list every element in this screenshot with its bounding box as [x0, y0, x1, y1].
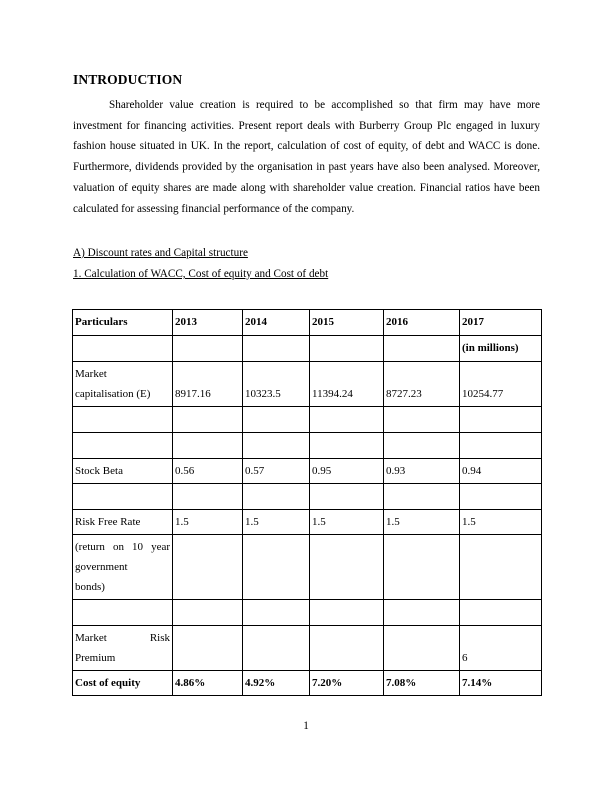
table-row-stock-beta: Stock Beta 0.56 0.57 0.95 0.93 0.94	[73, 459, 542, 484]
table-cell: 11394.24	[310, 362, 384, 407]
table-cell	[310, 336, 384, 362]
header-cell: 2016	[384, 310, 460, 336]
header-cell: 2013	[173, 310, 243, 336]
table-row-risk-free-note: (return on 10 year government bonds)	[73, 535, 542, 600]
table-cell: 1.5	[384, 510, 460, 535]
table-cell: 10323.5	[243, 362, 310, 407]
table-row-units: (in millions)	[73, 336, 542, 362]
table-cell: 7.08%	[384, 671, 460, 696]
table-cell: 1.5	[173, 510, 243, 535]
cost-of-equity-table: Particulars 2013 2014 2015 2016 2017 (in…	[72, 309, 542, 696]
table-cell	[73, 336, 173, 362]
table-row-empty	[73, 484, 542, 510]
row-label: Cost of equity	[73, 671, 173, 696]
subheading-discount-rates: A) Discount rates and Capital structure	[73, 247, 248, 259]
table-cell: 7.14%	[460, 671, 542, 696]
row-label: (return on 10 year government bonds)	[73, 535, 173, 600]
section-heading-introduction: INTRODUCTION	[73, 72, 182, 88]
table-row-risk-free: Risk Free Rate 1.5 1.5 1.5 1.5 1.5	[73, 510, 542, 535]
row-label: MarketRisk Premium	[73, 626, 173, 671]
table-header-row: Particulars 2013 2014 2015 2016 2017	[73, 310, 542, 336]
subheading-wacc-calculation: 1. Calculation of WACC, Cost of equity a…	[73, 268, 328, 280]
table-cell: 7.20%	[310, 671, 384, 696]
table-row-empty	[73, 600, 542, 626]
header-cell: 2014	[243, 310, 310, 336]
intro-paragraph: Shareholder value creation is required t…	[73, 95, 540, 219]
table-cell: 6	[460, 626, 542, 671]
table-cell: 1.5	[460, 510, 542, 535]
table-row-market-cap: Marketcapitalisation (E) 8917.16 10323.5…	[73, 362, 542, 407]
row-label: Marketcapitalisation (E)	[73, 362, 173, 407]
row-label: Risk Free Rate	[73, 510, 173, 535]
page-number: 1	[0, 720, 612, 732]
table-cell: 8727.23	[384, 362, 460, 407]
table-cell: 4.92%	[243, 671, 310, 696]
row-label: Stock Beta	[73, 459, 173, 484]
table-cell	[173, 336, 243, 362]
table-cell: 0.94	[460, 459, 542, 484]
table-cell	[384, 336, 460, 362]
table-cell: 0.93	[384, 459, 460, 484]
intro-text: Shareholder value creation is required t…	[73, 99, 540, 215]
table-row-empty	[73, 407, 542, 433]
table-row-cost-of-equity: Cost of equity 4.86% 4.92% 7.20% 7.08% 7…	[73, 671, 542, 696]
header-cell: 2015	[310, 310, 384, 336]
table-cell: 1.5	[243, 510, 310, 535]
table-cell: 0.57	[243, 459, 310, 484]
table-cell: 8917.16	[173, 362, 243, 407]
table-cell: 1.5	[310, 510, 384, 535]
table-cell: 10254.77	[460, 362, 542, 407]
header-cell: Particulars	[73, 310, 173, 336]
header-cell: 2017	[460, 310, 542, 336]
table-cell: 4.86%	[173, 671, 243, 696]
table-row-market-risk-premium: MarketRisk Premium 6	[73, 626, 542, 671]
units-note: (in millions)	[460, 336, 542, 362]
table-cell: 0.95	[310, 459, 384, 484]
table-cell	[243, 336, 310, 362]
table-cell: 0.56	[173, 459, 243, 484]
table-row-empty	[73, 433, 542, 459]
